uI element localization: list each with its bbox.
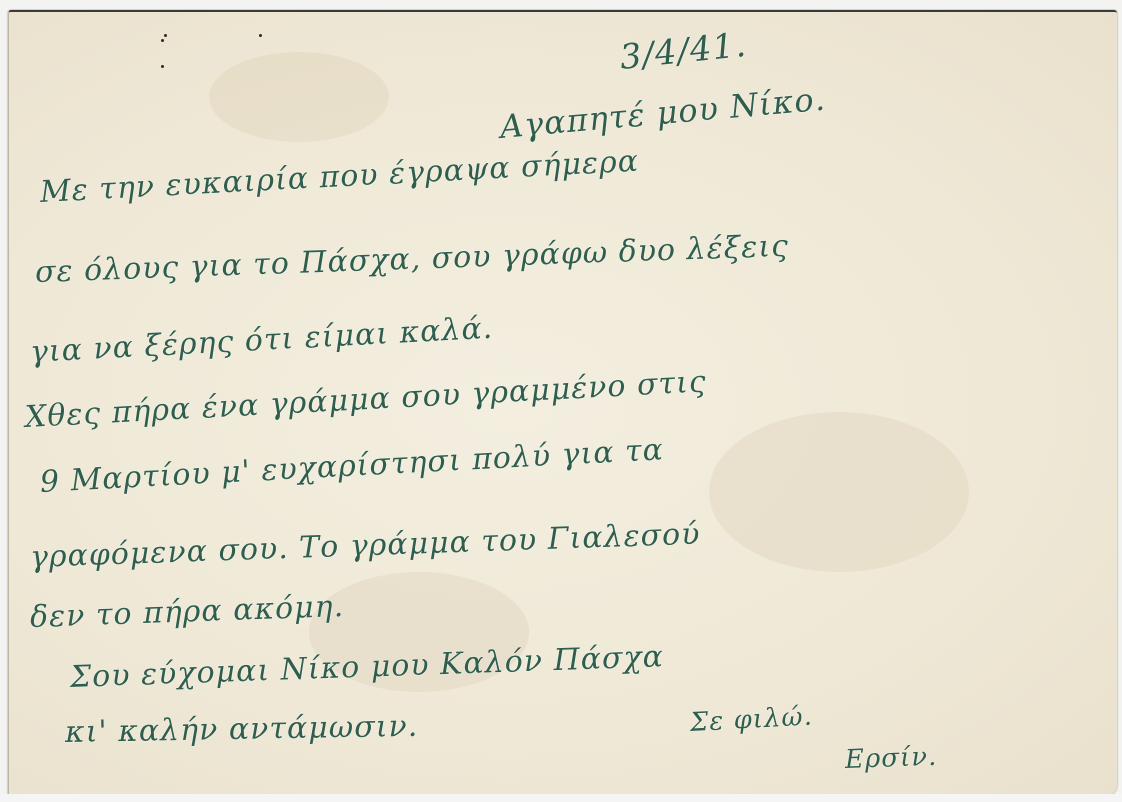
- speck: [259, 34, 262, 37]
- scan-background: 3/4/41. Αγαπητέ μου Νίκο. Με την ευκαιρί…: [0, 0, 1122, 802]
- speck: [161, 39, 164, 42]
- body-line: κι' καλήν αντάμωσιν.: [65, 709, 419, 750]
- letter-closing: Σε φιλώ.: [689, 702, 813, 738]
- paper-stain: [209, 52, 389, 142]
- letter-signature: Ερσίν.: [844, 742, 937, 775]
- scan-margin: [0, 794, 1122, 802]
- speck: [164, 34, 167, 37]
- speck: [161, 65, 164, 68]
- paper-stain: [709, 412, 969, 572]
